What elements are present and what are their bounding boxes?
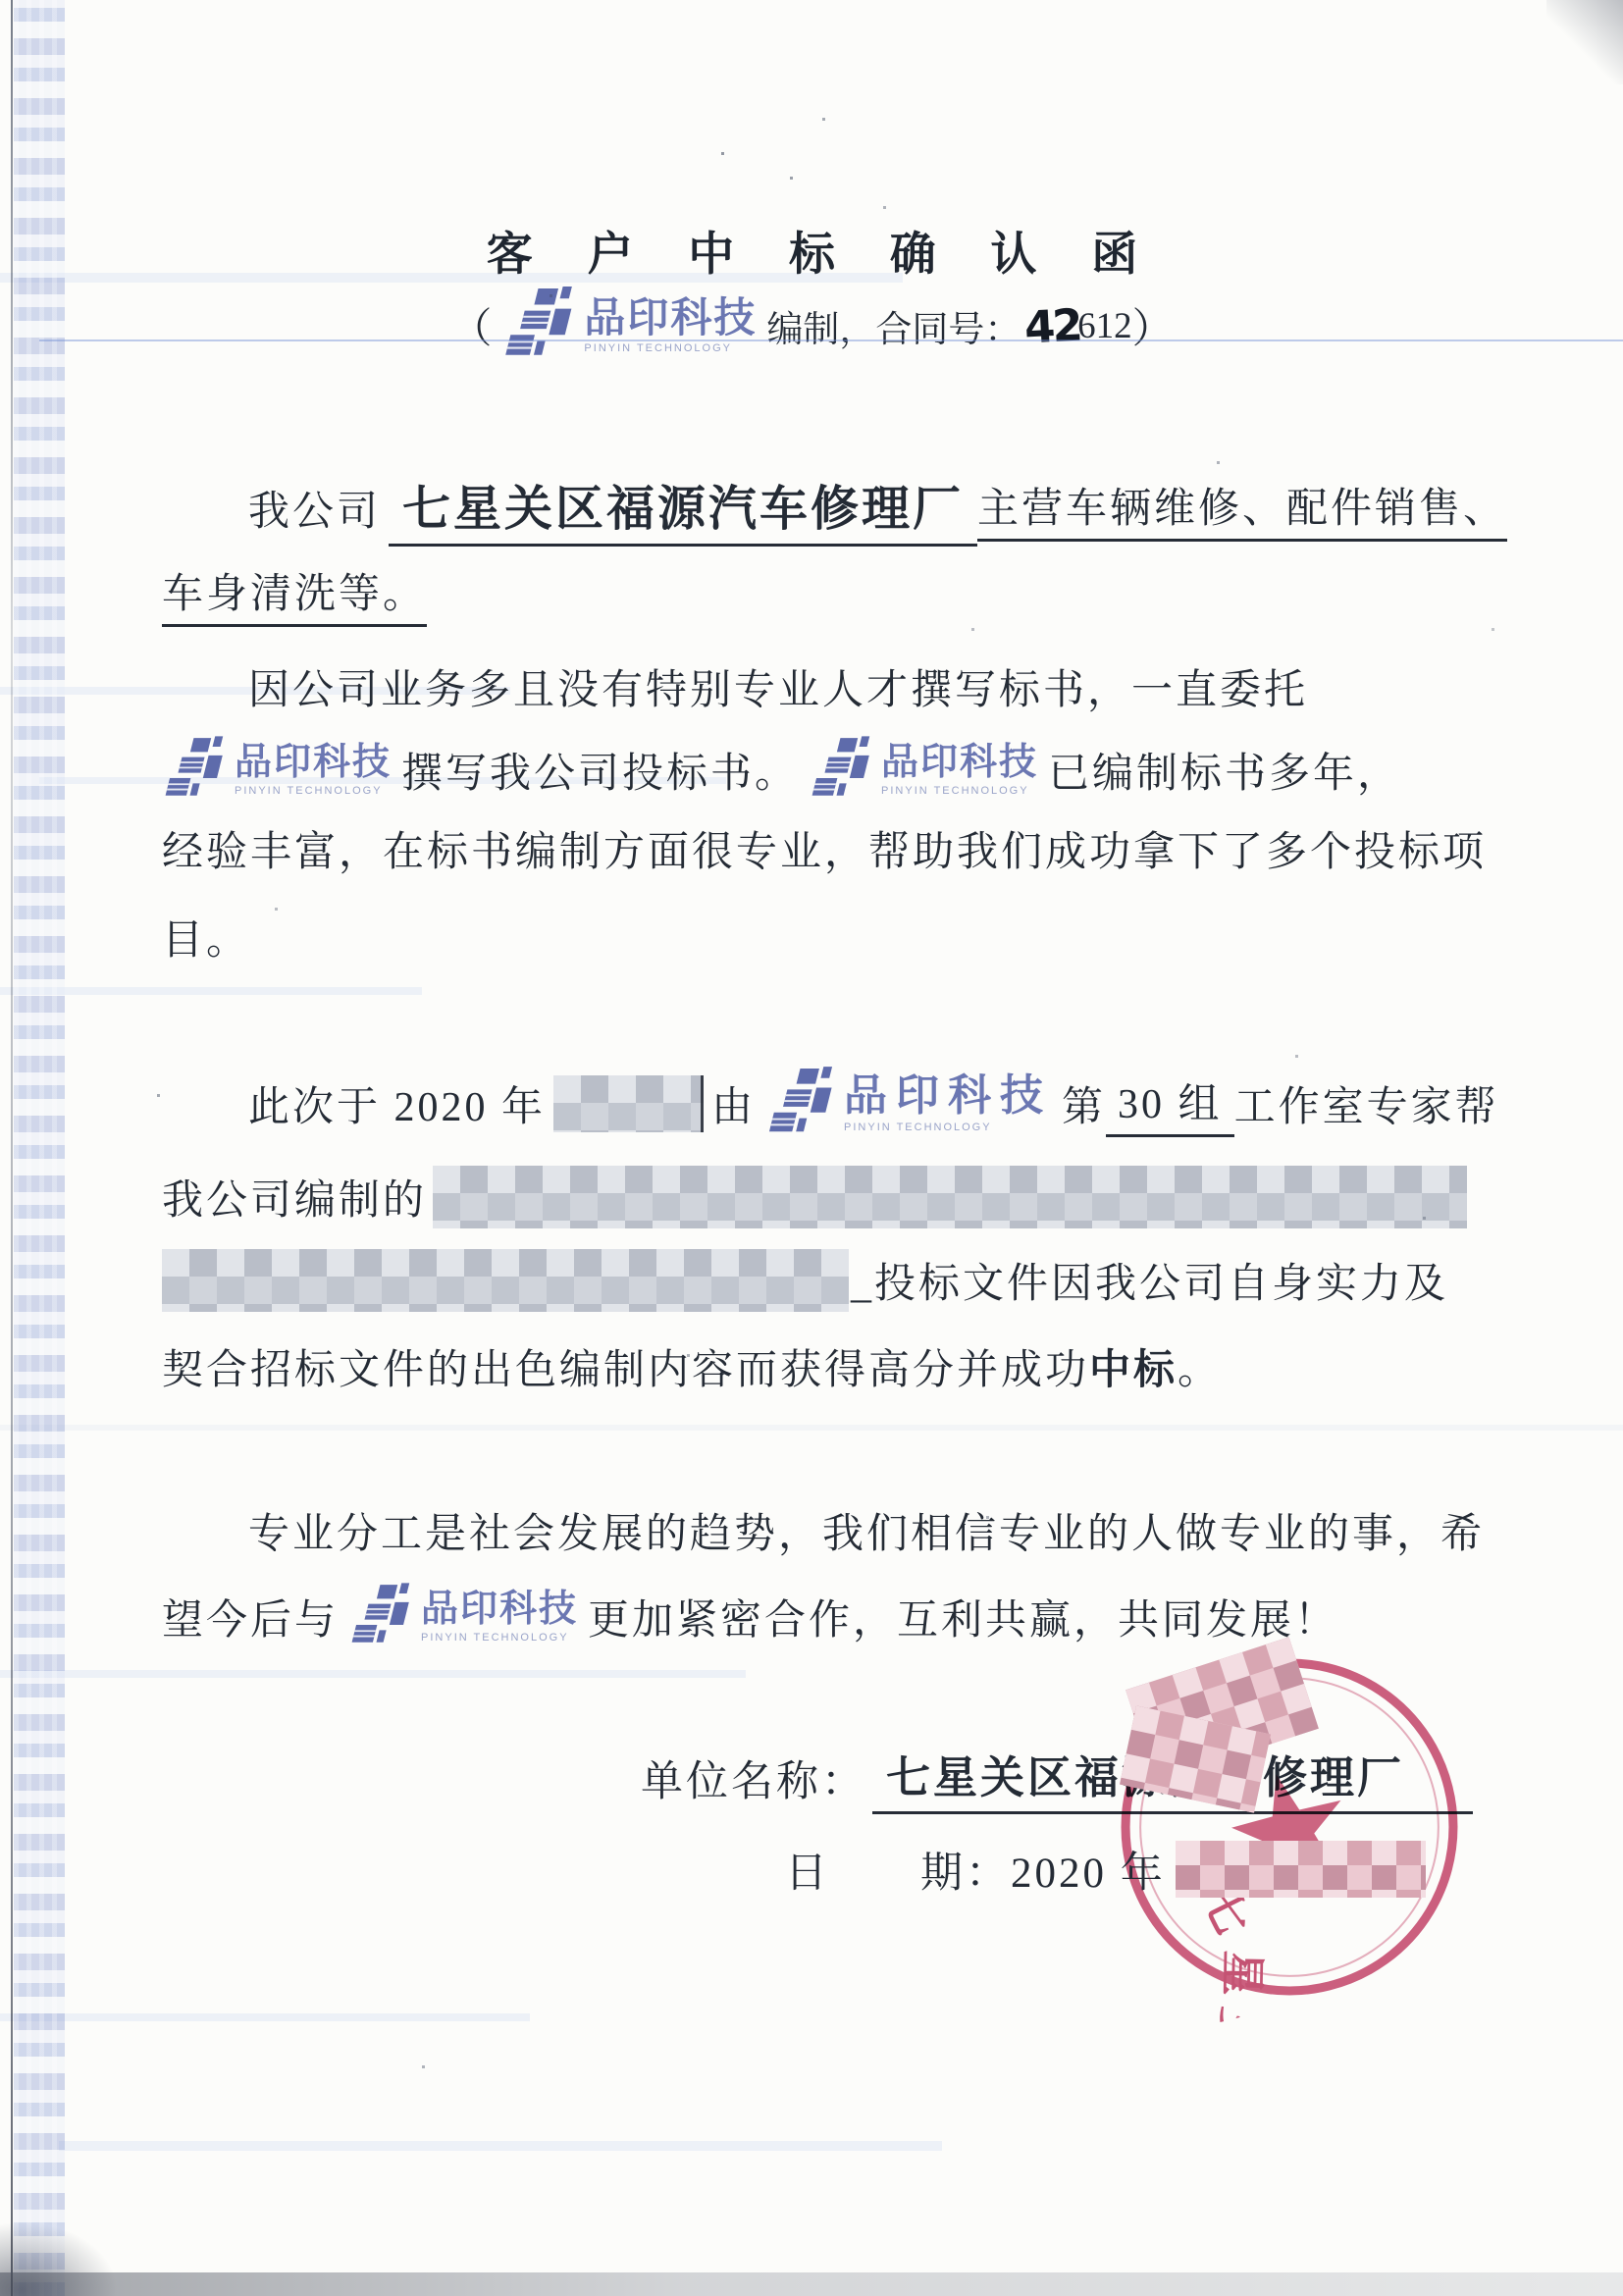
p3-line4-bold: 中标 [1089,1337,1178,1396]
paragraph2-line2: 品印科技 PINYIN TECHNOLOGY 撰写我公司投标书。 品印科技 PI… [162,726,1467,814]
p1-company-name: 七星关区福源汽车修理厂 [389,471,977,547]
company-label: 单位名称： [641,1748,866,1808]
close-paren: ） [1132,296,1174,355]
p2-line2-mid: 撰写我公司投标书。 [401,741,799,800]
scan-top-right-mark [1546,0,1623,84]
p3-line1-mid: 由 [711,1074,756,1133]
pinyin-logo-en: PINYIN TECHNOLOGY [235,786,392,797]
scan-noise-speckles [721,152,724,155]
scanner-edge-line [11,0,13,2296]
redaction-mosaic [433,1166,1467,1228]
p3-group-number: 30 组 [1106,1071,1234,1137]
paragraph2-line4: 目。 [162,893,1467,981]
p3-line1-end: 工作室专家帮 [1234,1074,1499,1133]
contract-number-handwritten: 42 [1023,298,1081,353]
pinyin-logo-cn: 品印科技 [235,744,392,781]
open-paren: （ [450,296,492,355]
scanner-edge-band [14,0,65,2296]
scan-hairline [39,339,1623,341]
paragraph3-line4: 契合招标文件的出色编制内容而获得高分并成功 中标 。 [162,1323,1467,1411]
prepared-by-text: 编制，合同号： [766,299,1021,352]
scan-streak [0,1670,746,1678]
p3-group-prefix: 第 [1062,1074,1106,1133]
scan-streak [0,987,422,995]
p4-line1: 专业分工是社会发展的趋势，我们相信专业的人做专业的事，希 [248,1501,1485,1560]
pinyin-logo-icon [809,735,871,806]
paragraph1-line2: 车身清洗等。 [162,549,1467,638]
p3-line3-end: _投标文件因我公司自身实力及 [851,1251,1448,1310]
pinyin-logo-cn: 品印科技 [881,744,1038,781]
p3-line2-start: 我公司编制的 [162,1168,427,1226]
p3-line4-period: 。 [1178,1337,1222,1396]
pinyin-logo: 品印科技 PINYIN TECHNOLOGY [348,1582,578,1652]
p2-line1: 因公司业务多且没有特别专业人才撰写标书，一直委托 [248,657,1308,716]
date-value: 2020 年 [1011,1840,1166,1900]
pinyin-logo: 品印科技 PINYIN TECHNOLOGY [162,735,392,806]
pinyin-logo-en: PINYIN TECHNOLOGY [584,343,757,354]
pinyin-logo-en: PINYIN TECHNOLOGY [421,1633,578,1644]
pinyin-logo-cn: 品印科技 [584,297,757,339]
pinyin-logo-icon [501,287,574,365]
scanned-letter-page: 客 户 中 标 确 认 函 （ 品印科技 PINYIN TECHNOLOGY 编… [0,0,1623,2296]
p2-line2-end: 已编制标书多年， [1048,741,1401,800]
paragraph2-line3: 经验丰富，在标书编制方面很专业，帮助我们成功拿下了多个投标项 [162,805,1467,893]
scan-bottom-shadow [0,2272,1623,2296]
p3-line4-start: 契合招标文件的出色编制内容而获得高分并成功 [162,1337,1089,1396]
scan-streak [59,2141,942,2151]
scan-streak [0,2013,530,2021]
p1-line1-rest: 主营车辆维修、配件销售、 [977,476,1507,542]
p2-line3: 经验丰富，在标书编制方面很专业，帮助我们成功拿下了多个投标项 [162,819,1487,878]
pinyin-logo-en: PINYIN TECHNOLOGY [844,1122,1052,1133]
pinyin-logo: 品印科技 PINYIN TECHNOLOGY [765,1067,1052,1141]
pinyin-logo: 品印科技 PINYIN TECHNOLOGY [809,735,1038,806]
pinyin-logo-icon [765,1067,834,1141]
date-label: 日 期： [785,1840,1011,1900]
scan-corner-blob [0,2221,118,2296]
p1-lead: 我公司 [248,479,381,538]
page-title: 客 户 中 标 确 认 函 [162,218,1462,284]
pinyin-logo-cn: 品印科技 [844,1074,1052,1118]
scan-streak [0,1425,1623,1431]
p4-line2-end: 更加紧密合作，互利共赢，共同发展！ [588,1588,1338,1646]
pinyin-logo-icon [348,1582,411,1652]
paragraph3-line3: _投标文件因我公司自身实力及 [162,1236,1467,1325]
p2-line4: 目。 [162,908,250,966]
pinyin-logo-icon [162,735,225,806]
paragraph3-line2: 我公司编制的 [162,1153,1467,1241]
pinyin-logo-cn: 品印科技 [421,1591,578,1628]
p1-line2: 车身清洗等。 [162,561,427,627]
paragraph4-line1: 专业分工是社会发展的趋势，我们相信专业的人做专业的事，希 [162,1487,1553,1575]
paragraph2-line1: 因公司业务多且没有特别专业人才撰写标书，一直委托 [162,643,1553,731]
redaction-mosaic-date [1176,1841,1426,1898]
pinyin-logo: 品印科技 PINYIN TECHNOLOGY [501,287,757,365]
p3-line1-start: 此次于 2020 年 [248,1074,546,1133]
paragraph1-line1: 我公司 七星关区福源汽车修理厂 主营车辆维修、配件销售、 [162,464,1553,552]
subtitle-line: （ 品印科技 PINYIN TECHNOLOGY 编制，合同号： 42 612 … [162,287,1462,365]
p4-line2-start: 望今后与 [162,1588,339,1646]
paragraph3-line1: 此次于 2020 年 由 品印科技 PINYIN TECHNOLOGY 第 30… [162,1060,1553,1148]
redaction-mosaic [162,1249,849,1312]
signature-date-line: 日 期： 2020 年 [785,1825,1426,1913]
redaction-mosaic [553,1075,704,1132]
pinyin-logo-en: PINYIN TECHNOLOGY [881,786,1038,797]
